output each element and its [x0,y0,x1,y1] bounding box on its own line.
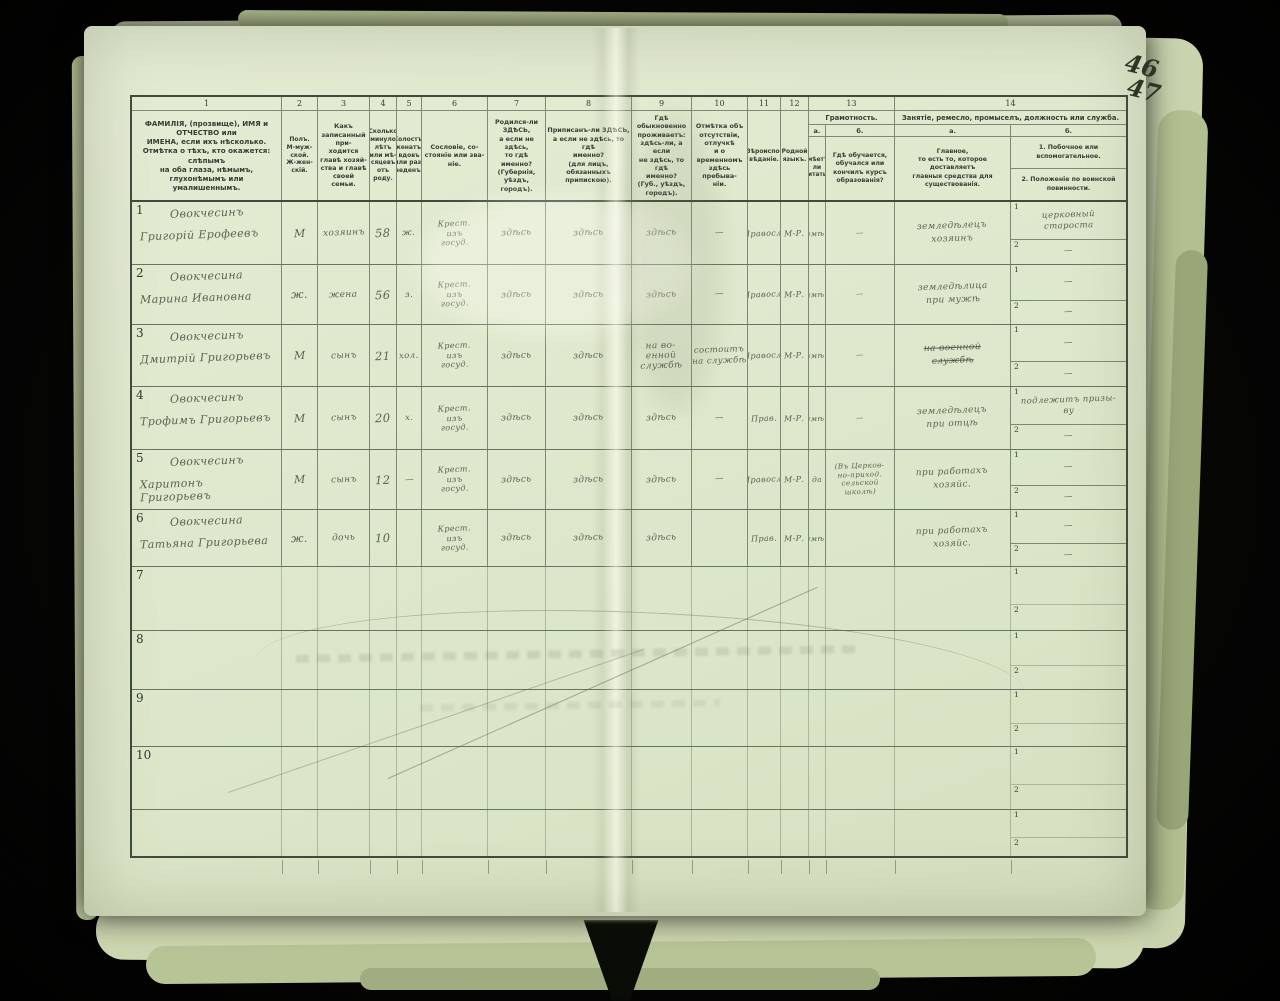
side-occupation-2: 2 [1011,785,1126,809]
birthplace-cell: здѣсь [488,387,546,449]
side-occupation-1: 1— [1011,450,1126,486]
residence-cell: здѣсь [632,387,692,449]
sub-label: 2 [1014,362,1019,371]
estate-cell-text: Крест. изъ госуд. [437,218,471,248]
side-occupation-2: 2— [1011,486,1126,509]
side-occupation-1-text: — [1064,521,1073,532]
marital-cell [397,567,422,630]
col-number: 2 [282,97,317,111]
table-row-3: 3ОвокчесинъДмитрій ГригорьевъМсынъ21хол.… [132,325,1126,387]
side-occupation-2: 2 [1011,724,1126,746]
table-row-7: 712 [132,567,1126,631]
sex-cell [282,810,318,856]
absence-cell-text: — [715,474,724,485]
sex-cell-text: М [293,411,305,424]
header-col-birthplace: 7 Родился-ли ЗДѢСЬ, а если не здѣсь, то … [488,97,546,200]
sex-cell: ж. [282,265,318,324]
religion-cell: Прав. [748,387,781,449]
table-header: 1 ФАМИЛІЯ, (прозвище), ИМЯ и ОТЧЕСТВО ил… [132,97,1126,202]
side-occupation-cell: 12 [1011,810,1126,856]
name-cell: 5ОвокчесинъХаритонъ Григорьевъ [132,450,282,509]
schooling-cell: — [826,265,895,324]
table-row-2: 2ОвокчесинаМарина Ивановнаж.жена56з.Крес… [132,265,1126,325]
residence-cell-text: здѣсь [646,474,677,485]
relation-cell: сынъ [318,387,370,449]
registration-cell [546,690,632,746]
language-cell: М-Р. [781,202,809,264]
can-read-cell-text: умѣ. [809,413,826,423]
schooling-cell-text: — [856,229,864,238]
registration-cell: здѣсь [546,387,632,449]
relation-cell: сынъ [318,325,370,386]
header-col-age: 4 Сколько минуло лѣтъ или мѣ- сяцевъ отъ… [370,97,397,200]
absence-cell-text: — [715,228,724,239]
can-read-cell: умѣ. [809,265,826,324]
given-name-text: Трофимъ Григорьевъ [140,411,277,429]
header-col-religion: 11 Вѣроиспо- вѣданіе. [748,97,781,200]
side-occupation-2: 2— [1011,362,1126,386]
language-cell-text: М-Р. [784,351,805,361]
surname-text: Овокчесина [170,512,277,529]
birthplace-cell [488,747,546,809]
schooling-cell-text: (Въ Церков- но-приход. сельской школѣ) [834,461,885,497]
age-cell-text: 10 [375,531,391,546]
side-occupation-cell: 1подлежитъ призы- ву2— [1011,387,1126,449]
estate-cell: Крест. изъ госуд. [422,325,488,386]
marital-cell: з. [397,265,422,324]
sub-label: 2 [1014,724,1019,733]
sex-cell: М [282,202,318,264]
age-cell [370,690,397,746]
age-cell-text: 21 [375,348,391,363]
header-text-can-read: Умѣетъ- ли читать? [809,137,826,200]
can-read-cell: умѣ. [809,510,826,566]
schooling-cell [826,631,895,689]
relation-cell-text: сынъ [330,350,356,361]
main-occupation-cell [895,690,1011,746]
header-text-age: Сколько минуло лѣтъ или мѣ- сяцевъ отъ р… [370,111,396,200]
relation-cell-text: сынъ [330,474,356,485]
subletter-a: а. [809,125,826,136]
table-body: 1ОвокчесинъГригорій ЕрофеевъМхозяинъ58ж.… [132,202,1126,856]
side-occupation-cell: 12 [1011,631,1126,689]
row-number: 5 [136,451,144,465]
religion-cell-text: Правосл. [748,350,781,360]
can-read-cell [809,810,826,856]
side-occupation-2-text: — [1064,246,1073,257]
surname-text: Овокчесинъ [170,452,277,469]
age-cell [370,810,397,856]
birthplace-cell-text: здѣсь [501,227,532,238]
sex-cell [282,747,318,809]
sub-label: 2 [1014,838,1019,847]
side-occupation-1-text: — [1064,277,1073,288]
birthplace-cell [488,631,546,689]
header-col-language: 12 Родной языкъ. [781,97,809,200]
sub-label: 1 [1014,450,1019,459]
header-col-marital: 5 Холостъ, женатъ, вдовъ или раз- веденъ… [397,97,422,200]
schooling-cell-text: — [856,351,864,360]
registration-cell-text: здѣсь [573,350,604,361]
relation-cell [318,567,370,630]
age-cell-text: 20 [375,411,391,426]
side-occupation-1: 1 [1011,567,1126,605]
main-occupation-text: на военной службѣ [923,341,981,369]
religion-cell-text: Правосл. [748,289,781,299]
marital-cell: хол. [397,325,422,386]
registration-cell-text: здѣсь [573,227,604,238]
registration-cell [546,747,632,809]
birthplace-cell [488,690,546,746]
header-text-language: Родной языкъ. [781,111,808,200]
header-text-schooling: Гдѣ обучается, обучался или кончилъ курс… [826,137,894,200]
side-occupation-1: 1— [1011,265,1126,301]
col-number: 11 [748,97,780,111]
sub-label: 2 [1014,544,1019,553]
side-occupation-2-text: — [1064,431,1073,442]
row-number: 2 [136,266,144,280]
estate-cell-text: Крест. изъ госуд. [437,341,471,371]
literacy-subheaders: Умѣетъ- ли читать? Гдѣ обучается, обучал… [809,137,894,200]
registration-cell: здѣсь [546,265,632,324]
header-text-marital: Холостъ, женатъ, вдовъ или раз- веденъ. [397,111,421,200]
side-occupation-cell: 1—2— [1011,265,1126,324]
religion-cell-text: Правосл. [748,474,781,484]
side-occupation-cell: 1—2— [1011,325,1126,386]
language-cell: М-Р. [781,265,809,324]
registration-cell [546,631,632,689]
row-number: 3 [136,326,144,340]
side-occupation-2: 2 [1011,666,1126,689]
relation-cell [318,690,370,746]
given-name-text: Дмитрій Григорьевъ [140,349,277,367]
table-row-1: 1ОвокчесинъГригорій ЕрофеевъМхозяинъ58ж.… [132,202,1126,265]
sub-label: 1 [1014,747,1019,756]
residence-cell [632,567,692,630]
birthplace-cell [488,567,546,630]
col-number: 12 [781,97,808,111]
surname-text: Овокчесина [170,267,277,284]
relation-cell: дочь [318,510,370,566]
residence-cell-text: здѣсь [646,532,677,543]
marital-cell [397,690,422,746]
literacy-group-title: Грамотность. [809,111,894,125]
name-cell: 8 [132,631,282,689]
language-cell [781,690,809,746]
header-col-name: 1 ФАМИЛІЯ, (прозвище), ИМЯ и ОТЧЕСТВО ил… [132,97,282,200]
header-text-main-occupation: Главное, то есть то, которое доставляетъ… [895,137,1011,200]
side-occupation-cell: 1—2— [1011,510,1126,566]
age-cell: 58 [370,202,397,264]
language-cell: М-Р. [781,325,809,386]
sub-label: 1 [1014,202,1019,211]
language-cell [781,810,809,856]
sex-cell: М [282,387,318,449]
language-cell: М-Р. [781,387,809,449]
main-occupation-cell [895,631,1011,689]
marital-cell-text: х. [405,413,414,423]
age-cell: 56 [370,265,397,324]
header-col-estate: 6 Сословіе, со- стояніе или зва- ніе. [422,97,488,200]
age-cell-text: 12 [375,472,391,487]
side-occupation-2: 2— [1011,425,1126,449]
col-number: 1 [132,97,281,111]
estate-cell: Крест. изъ госуд. [422,387,488,449]
residence-cell-text: на во- енной службѣ [640,340,683,371]
row-number: 7 [136,568,144,582]
header-text-relation: Какъ записанный при- ходится главѣ хозяй… [318,111,369,200]
age-cell: 10 [370,510,397,566]
header-col-sex: 2 Полъ. М-муж- ской. Ж-жен- скій. [282,97,318,200]
side-occupation-2: 2— [1011,301,1126,324]
sex-cell: ж. [282,510,318,566]
sub-label: 1 [1014,387,1019,396]
given-name-text: Татьяна Григорьева [140,534,277,552]
side-occupation-1: 1 [1011,810,1126,838]
given-name-text: Марина Ивановна [140,289,277,307]
main-occupation-cell [895,567,1011,630]
table-row-4: 4ОвокчесинъТрофимъ ГригорьевъМсынъ20х.Кр… [132,387,1126,450]
main-occupation-cell: земледѣлица при мужѣ [895,265,1011,324]
religion-cell [748,747,781,809]
marital-cell-text: хол. [399,350,419,361]
absence-cell [692,747,748,809]
estate-cell [422,631,488,689]
sub-label: 1 [1014,810,1019,819]
registration-cell: здѣсь [546,450,632,509]
birthplace-cell-text: здѣсь [501,350,532,361]
main-occupation-cell: при работахъ хозяйс. [895,510,1011,566]
schooling-cell: — [826,387,895,449]
side-occupation-1: 1 [1011,631,1126,666]
name-cell: 1ОвокчесинъГригорій Ерофеевъ [132,202,282,264]
sex-cell-text: ж. [291,531,308,545]
given-name-text: Григорій Ерофеевъ [140,226,277,244]
subletter-b: б. [1011,125,1126,136]
header-text-side-1: 1. Побочное или вспомогательное. [1011,137,1126,169]
age-cell: 12 [370,450,397,509]
absence-cell-text: — [715,289,724,300]
row-number: 9 [136,691,144,705]
language-cell-text: М-Р. [784,228,805,238]
residence-cell [632,810,692,856]
name-cell: 7 [132,567,282,630]
main-occupation-cell [895,747,1011,809]
residence-cell: здѣсь [632,202,692,264]
table-row-8: 812 [132,631,1126,690]
religion-cell: Прав. [748,510,781,566]
sub-label: 2 [1014,301,1019,310]
residence-cell: здѣсь [632,510,692,566]
can-read-cell-text: умѣ. [809,351,826,361]
side-occupation-cell: 1церковный староста2— [1011,202,1126,264]
header-text-estate: Сословіе, со- стояніе или зва- ніе. [422,111,487,200]
main-occupation-text: земледѣлица при мужѣ [917,280,988,309]
main-occupation-text: при работахъ хозяйс. [916,524,989,553]
name-cell: 4ОвокчесинъТрофимъ Григорьевъ [132,387,282,449]
row-number: 6 [136,511,144,525]
col-number: 10 [692,97,747,111]
subletter-a: а. [895,125,1011,136]
can-read-cell-text: умѣ. [809,290,826,300]
age-cell [370,567,397,630]
religion-cell-text: Прав. [751,413,777,423]
table-row-5: 5ОвокчесинъХаритонъ ГригорьевъМсынъ12—Кр… [132,450,1126,510]
age-cell: 21 [370,325,397,386]
header-text-registration: Приписанъ-ли ЗДѢСЬ, а если не здѣсь, то … [546,111,631,200]
can-read-cell-text: да [812,475,822,484]
header-group-literacy: 13 Грамотность. а. б. Умѣетъ- ли читать?… [809,97,895,200]
sex-cell: М [282,450,318,509]
can-read-cell: умѣ. [809,202,826,264]
sex-cell [282,690,318,746]
col-number: 14 [895,97,1126,111]
occupation-subheaders: Главное, то есть то, которое доставляетъ… [895,137,1126,200]
schooling-cell: — [826,325,895,386]
header-col-relation: 3 Какъ записанный при- ходится главѣ хоз… [318,97,370,200]
religion-cell-text: Правосл. [748,228,781,238]
name-cell: 3ОвокчесинъДмитрій Григорьевъ [132,325,282,386]
language-cell-text: М-Р. [784,413,805,423]
can-read-cell: умѣ. [809,387,826,449]
residence-cell-text: здѣсь [646,289,677,300]
side-occupation-1-text: — [1064,462,1073,473]
sex-cell-text: М [293,473,305,486]
marital-cell [397,631,422,689]
religion-cell: Правосл. [748,202,781,264]
header-group-occupation: 14 Занятіе, ремесло, промыселъ, должност… [895,97,1126,200]
side-occupation-cell: 1—2— [1011,450,1126,509]
residence-cell: здѣсь [632,450,692,509]
subletter-b: б. [826,125,894,136]
residence-cell [632,747,692,809]
row-number: 4 [136,388,144,402]
relation-cell [318,631,370,689]
row-number: 8 [136,632,144,646]
birthplace-cell-text: здѣсь [501,412,532,423]
table-row-9: 912 [132,690,1126,747]
can-read-cell-text: умѣ. [809,228,826,238]
can-read-cell: умѣ. [809,325,826,386]
sex-cell-text: М [293,226,305,239]
row-number: 10 [136,748,151,762]
sex-cell: М [282,325,318,386]
side-occupation-2-text: — [1064,369,1073,380]
page-number-line: 47 [1125,76,1163,106]
name-cell: 6ОвокчесинаТатьяна Григорьева [132,510,282,566]
literacy-subletters: а. б. [809,125,894,137]
occupation-subletters: а. б. [895,125,1126,137]
given-name-text: Харитонъ Григорьевъ [140,474,278,505]
registration-cell: здѣсь [546,202,632,264]
header-text-side-occupation: 1. Побочное или вспомогательное. 2. Поло… [1011,137,1126,200]
side-occupation-1: 1— [1011,325,1126,362]
census-table: 1 ФАМИЛІЯ, (прозвище), ИМЯ и ОТЧЕСТВО ил… [130,95,1128,858]
side-occupation-2: 2 [1011,605,1126,630]
side-occupation-2-text: — [1064,307,1073,318]
table-row-tail: 12 [132,810,1126,856]
side-occupation-1-text: — [1064,338,1073,349]
estate-cell: Крест. изъ госуд. [422,202,488,264]
registration-cell-text: здѣсь [573,532,604,543]
sub-label: 2 [1014,240,1019,249]
birthplace-cell: здѣсь [488,325,546,386]
header-text-birthplace: Родился-ли ЗДѢСЬ, а если не здѣсь, то гд… [488,111,545,200]
col-number: 3 [318,97,369,111]
birthplace-cell: здѣсь [488,265,546,324]
residence-cell [632,690,692,746]
marital-cell: ж. [397,202,422,264]
relation-cell-text: жена [329,289,358,300]
sub-label: 1 [1014,567,1019,576]
absence-cell-text: состоитъ на службѣ [692,344,747,367]
religion-cell [748,810,781,856]
religion-cell: Правосл. [748,265,781,324]
registration-cell: здѣсь [546,510,632,566]
name-cell: 10 [132,747,282,809]
main-occupation-text: земледѣлецъ при отцѣ [917,404,988,433]
name-cell: 2ОвокчесинаМарина Ивановна [132,265,282,324]
birthplace-cell [488,810,546,856]
main-occupation-text: при работахъ хозяйс. [916,465,989,494]
language-cell: М-Р. [781,510,809,566]
relation-cell: хозяинъ [318,202,370,264]
side-occupation-1: 1 [1011,747,1126,785]
table-row-10: 1012 [132,747,1126,810]
sex-cell-text: ж. [291,288,308,302]
age-cell [370,747,397,809]
surname-text: Овокчесинъ [170,389,277,406]
can-read-cell-text: умѣ. [809,533,826,543]
birthplace-cell: здѣсь [488,202,546,264]
language-cell-text: М-Р. [784,475,805,485]
estate-cell [422,690,488,746]
col-number: 5 [397,97,421,111]
language-cell [781,567,809,630]
sub-label: 2 [1014,425,1019,434]
age-cell-text: 58 [375,226,391,241]
header-col-residence: 9 Гдѣ обыкновенно проживаетъ: здѣсь-ли, … [632,97,692,200]
sex-cell [282,567,318,630]
absence-cell: — [692,387,748,449]
residence-cell-text: здѣсь [646,412,677,423]
main-occupation-cell: земледѣлецъ при отцѣ [895,387,1011,449]
row-number: 1 [136,203,144,217]
sub-label: 1 [1014,631,1019,640]
registration-cell-text: здѣсь [573,474,604,485]
header-text-sex: Полъ. М-муж- ской. Ж-жен- скій. [282,111,317,200]
col-number: 4 [370,97,396,111]
residence-cell-text: здѣсь [646,227,677,238]
header-text-residence: Гдѣ обыкновенно проживаетъ: здѣсь-ли, а … [632,111,691,200]
schooling-cell: (Въ Церков- но-приход. сельской школѣ) [826,450,895,509]
language-cell-text: М-Р. [784,533,805,543]
birthplace-cell-text: здѣсь [501,289,532,300]
religion-cell: Правосл. [748,325,781,386]
relation-cell: сынъ [318,450,370,509]
absence-cell [692,690,748,746]
photo-backdrop: 1 ФАМИЛІЯ, (прозвище), ИМЯ и ОТЧЕСТВО ил… [0,0,1280,1001]
birthplace-cell: здѣсь [488,450,546,509]
sub-label: 2 [1014,666,1019,675]
marital-cell-text: ж. [402,228,416,238]
side-occupation-1: 1— [1011,510,1126,544]
sub-label: 1 [1014,690,1019,699]
name-cell: 9 [132,690,282,746]
residence-cell: здѣсь [632,265,692,324]
can-read-cell [809,690,826,746]
side-occupation-2-text: — [1064,550,1073,561]
